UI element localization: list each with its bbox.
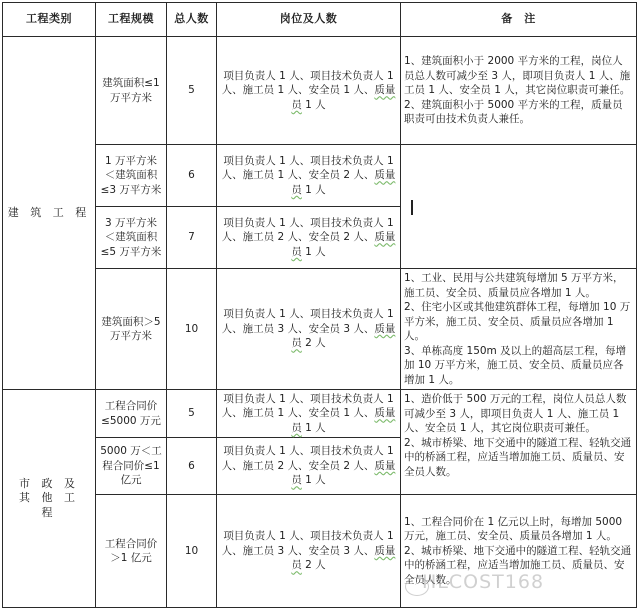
- positions-text: 项目负责人 1 人、项目技术负责人 1 人、施工员 1 人、安全员 2 人、: [222, 155, 394, 182]
- scale-cell: 3 万平方米＜建筑面积≤5 万平方米: [96, 207, 167, 269]
- positions-cell: 项目负责人 1 人、项目技术负责人 1 人、施工员 1 人、安全员 1 人、质量…: [217, 37, 401, 145]
- scale-cell: 工程合同价≤5000 万元: [96, 390, 167, 438]
- positions-text: 项目负责人 1 人、项目技术负责人 1 人、施工员 1 人、安全员 1 人、: [222, 393, 394, 420]
- positions-tail: 1 人: [302, 246, 326, 258]
- header-category: 工程类别: [3, 3, 96, 37]
- positions-tail: 1 人: [302, 422, 326, 434]
- watermark: HLCOST168: [422, 571, 544, 593]
- positions-tail: 2 人: [302, 559, 326, 571]
- positions-text: 项目负责人 1 人、项目技术负责人 1 人、施工员 2 人、安全员 2 人、: [222, 217, 394, 244]
- positions-cell: 项目负责人 1 人、项目技术负责人 1 人、施工员 3 人、安全员 3 人、质量…: [217, 269, 401, 390]
- positions-cell: 项目负责人 1 人、项目技术负责人 1 人、施工员 1 人、安全员 1 人、质量…: [217, 390, 401, 438]
- positions-text: 项目负责人 1 人、项目技术负责人 1 人、施工员 2 人、安全员 2 人、: [222, 445, 394, 472]
- total-cell: 6: [167, 145, 217, 207]
- remarks-cell: 1、建筑面积小于 2000 平方米的工程，岗位人员总人数可减少至 3 人，即项目…: [401, 37, 637, 145]
- scale-cell: 工程合同价＞1 亿元: [96, 495, 167, 608]
- total-cell: 6: [167, 438, 217, 495]
- positions-cell: 项目负责人 1 人、项目技术负责人 1 人、施工员 2 人、安全员 2 人、质量…: [217, 438, 401, 495]
- positions-text: 项目负责人 1 人、项目技术负责人 1 人、施工员 3 人、安全员 3 人、: [222, 530, 394, 557]
- table-row: 建筑面积＞5 万平方米 10 项目负责人 1 人、项目技术负责人 1 人、施工员…: [3, 269, 637, 390]
- positions-cell: 项目负责人 1 人、项目技术负责人 1 人、施工员 2 人、安全员 2 人、质量…: [217, 207, 401, 269]
- category-cell: 市 政 及 其 他 工 程: [3, 390, 96, 608]
- category-cell: 建 筑 工 程: [3, 37, 96, 390]
- table-row: 建 筑 工 程 建筑面积≤1万平方米 5 项目负责人 1 人、项目技术负责人 1…: [3, 37, 637, 145]
- positions-cell: 项目负责人 1 人、项目技术负责人 1 人、施工员 3 人、安全员 3 人、质量…: [217, 495, 401, 608]
- positions-tail: 1 人: [302, 184, 326, 196]
- header-scale: 工程规模: [96, 3, 167, 37]
- total-cell: 7: [167, 207, 217, 269]
- table-row: 1 万平方米＜建筑面积≤3 万平方米 6 项目负责人 1 人、项目技术负责人 1…: [3, 145, 637, 207]
- header-remarks: 备 注: [401, 3, 637, 37]
- positions-tail: 2 人: [302, 337, 326, 349]
- positions-text: 项目负责人 1 人、项目技术负责人 1 人、施工员 1 人、安全员 1 人、: [222, 70, 394, 97]
- remarks-cell: 1、造价低于 500 万元的工程，岗位人员总人数可减少至 3 人，即项目负责人 …: [401, 390, 637, 495]
- total-cell: 10: [167, 495, 217, 608]
- header-positions: 岗位及人数: [217, 3, 401, 37]
- positions-cell: 项目负责人 1 人、项目技术负责人 1 人、施工员 1 人、安全员 2 人、质量…: [217, 145, 401, 207]
- total-cell: 5: [167, 390, 217, 438]
- scale-cell: 5000 万＜工程合同价≤1 亿元: [96, 438, 167, 495]
- scale-cell: 建筑面积≤1万平方米: [96, 37, 167, 145]
- table-row: 市 政 及 其 他 工 程 工程合同价≤5000 万元 5 项目负责人 1 人、…: [3, 390, 637, 438]
- positions-text: 项目负责人 1 人、项目技术负责人 1 人、施工员 3 人、安全员 3 人、: [222, 308, 394, 335]
- total-cell: 5: [167, 37, 217, 145]
- text-cursor-icon: [411, 200, 413, 215]
- remarks-cell: 1、工业、民用与公共建筑每增加 5 万平方米，施工员、安全员、质量员应各增加 1…: [401, 269, 637, 390]
- staffing-table: 工程类别 工程规模 总人数 岗位及人数 备 注 建 筑 工 程 建筑面积≤1万平…: [2, 2, 637, 608]
- header-row: 工程类别 工程规模 总人数 岗位及人数 备 注: [3, 3, 637, 37]
- positions-tail: 1 人: [302, 99, 326, 111]
- scale-cell: 建筑面积＞5 万平方米: [96, 269, 167, 390]
- positions-tail: 1 人: [302, 474, 326, 486]
- scale-cell: 1 万平方米＜建筑面积≤3 万平方米: [96, 145, 167, 207]
- total-cell: 10: [167, 269, 217, 390]
- header-total: 总人数: [167, 3, 217, 37]
- remarks-cell-empty[interactable]: [401, 145, 637, 269]
